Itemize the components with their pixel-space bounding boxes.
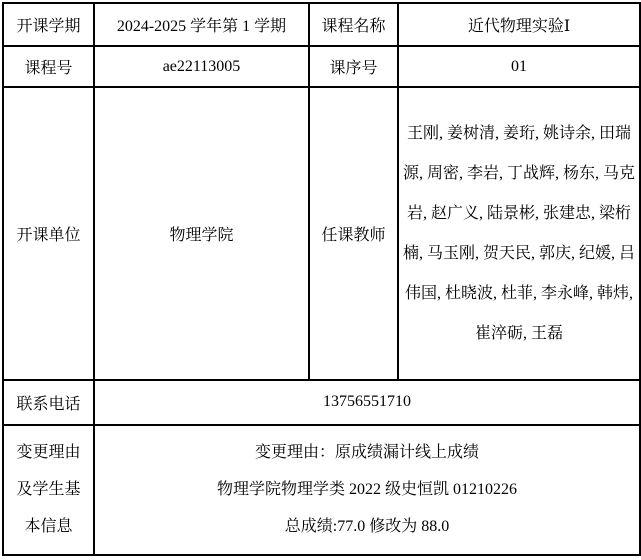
grade-change-table: 开课学期 2024-2025 学年第 1 学期 课程名称 近代物理实验Ⅰ 课程号… — [2, 2, 641, 556]
course-name-label: 课程名称 — [309, 3, 398, 46]
course-number-label: 课程号 — [3, 46, 94, 87]
table-row: 变更理由 及学生基 本信息 变更理由：原成绩漏计线上成绩 物理学院物理学类 20… — [3, 425, 640, 556]
table-row: 课程号 ae22113005 课序号 01 — [3, 46, 640, 87]
department-label: 开课单位 — [3, 87, 94, 380]
phone-label: 联系电话 — [3, 380, 94, 424]
course-name-value: 近代物理实验Ⅰ — [398, 3, 640, 46]
change-info-label: 变更理由 及学生基 本信息 — [3, 425, 94, 556]
semester-label: 开课学期 — [3, 3, 94, 46]
teachers-label: 任课教师 — [309, 87, 398, 380]
department-value: 物理学院 — [94, 87, 309, 380]
course-number-value: ae22113005 — [94, 46, 309, 87]
table-row: 开课单位 物理学院 任课教师 王刚, 姜树清, 姜珩, 姚诗余, 田瑞源, 周密… — [3, 87, 640, 380]
table-row: 开课学期 2024-2025 学年第 1 学期 课程名称 近代物理实验Ⅰ — [3, 3, 640, 46]
semester-value: 2024-2025 学年第 1 学期 — [94, 3, 309, 46]
grade-change-document: 开课学期 2024-2025 学年第 1 学期 课程名称 近代物理实验Ⅰ 课程号… — [0, 0, 641, 560]
class-number-value: 01 — [398, 46, 640, 87]
class-number-label: 课序号 — [309, 46, 398, 87]
change-info-content: 变更理由：原成绩漏计线上成绩 物理学院物理学类 2022 级史恒凯 012102… — [94, 425, 640, 556]
teachers-value: 王刚, 姜树清, 姜珩, 姚诗余, 田瑞源, 周密, 李岩, 丁战辉, 杨东, … — [398, 87, 640, 380]
phone-value: 13756551710 — [94, 380, 640, 424]
table-row: 联系电话 13756551710 — [3, 380, 640, 424]
